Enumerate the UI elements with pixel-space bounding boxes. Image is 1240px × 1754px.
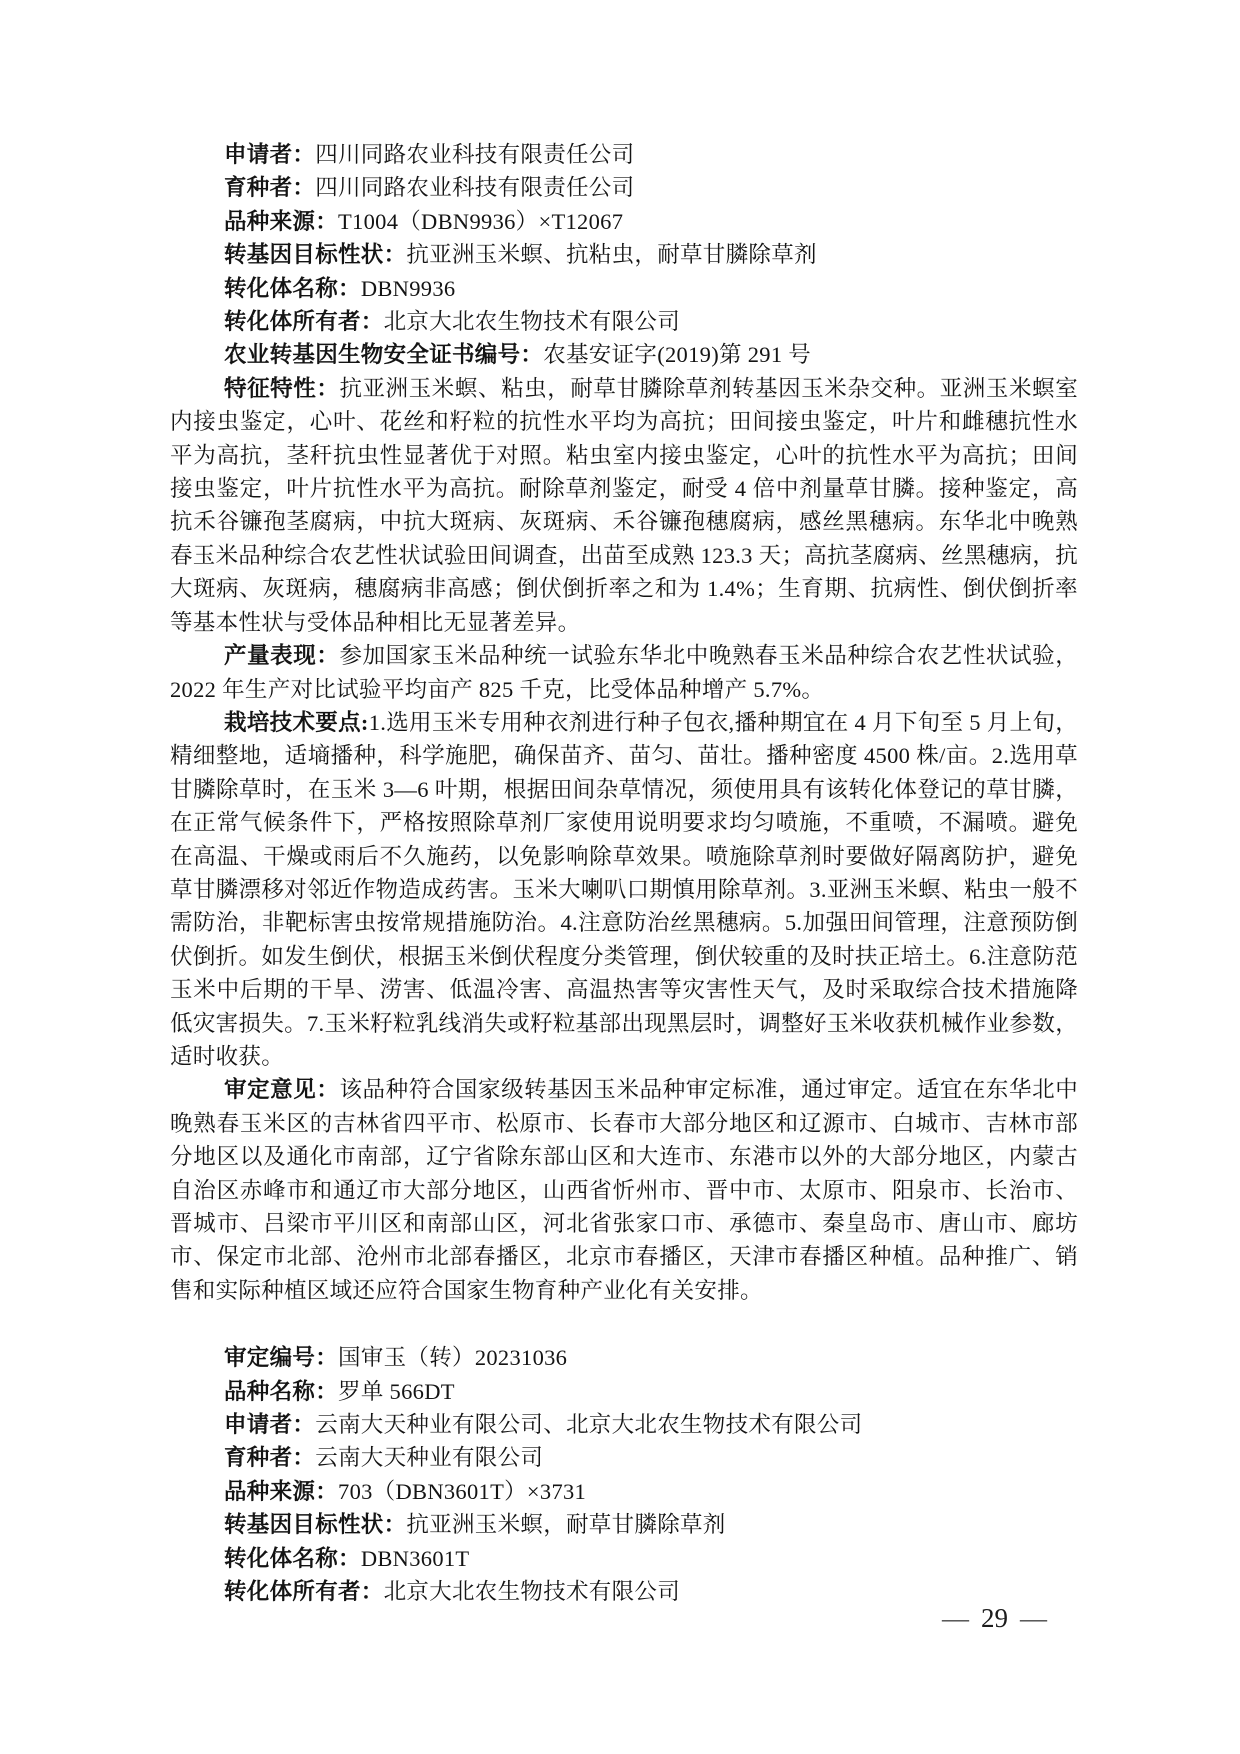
page-content: 申请者：四川同路农业科技有限责任公司 育种者：四川同路农业科技有限责任公司 品种… <box>170 138 1078 1608</box>
paragraph-cultivation-techniques: 栽培技术要点:1.选用玉米专用种衣剂进行种子包衣,播种期宜在 4 月下旬至 5 … <box>170 706 1078 1073</box>
field-value: 四川同路农业科技有限责任公司 <box>315 175 634 200</box>
field-value: 抗亚洲玉米螟，耐草甘膦除草剂 <box>406 1512 725 1537</box>
field-applicant: 申请者：四川同路农业科技有限责任公司 <box>170 138 1078 171</box>
field-value: T1004（DBN9936）×T12067 <box>338 209 623 234</box>
field-gm-target-traits: 转基因目标性状：抗亚洲玉米螟、抗粘虫，耐草甘膦除草剂 <box>170 238 1078 271</box>
field-value: 国审玉（转）20231036 <box>338 1345 567 1370</box>
field-value: DBN9936 <box>361 276 456 301</box>
field-breeder: 育种者：云南大天种业有限公司 <box>170 1441 1078 1474</box>
paragraph-label: 特征特性： <box>224 376 339 401</box>
field-label: 品种来源： <box>224 1479 338 1504</box>
field-label: 转基因目标性状： <box>224 242 406 267</box>
paragraph-label: 栽培技术要点: <box>224 710 369 735</box>
field-transformation-event-name: 转化体名称：DBN3601T <box>170 1542 1078 1575</box>
field-label: 品种来源： <box>224 209 338 234</box>
field-label: 转化体所有者： <box>224 1579 384 1604</box>
field-label: 申请者： <box>224 1412 315 1437</box>
field-value: 北京大北农生物技术有限公司 <box>384 309 680 334</box>
field-transformation-event-owner: 转化体所有者：北京大北农生物技术有限公司 <box>170 305 1078 338</box>
field-biosafety-certificate-number: 农业转基因生物安全证书编号：农基安证字(2019)第 291 号 <box>170 338 1078 371</box>
field-value: 云南大天种业有限公司 <box>315 1445 543 1470</box>
field-label: 育种者： <box>224 175 315 200</box>
paragraph-approval-opinion: 审定意见：该品种符合国家级转基因玉米品种审定标准，通过审定。适宜在东华北中晚熟春… <box>170 1073 1078 1307</box>
paragraph-yield-performance: 产量表现：参加国家玉米品种统一试验东华北中晚熟春玉米品种综合农艺性状试验，202… <box>170 639 1078 706</box>
paragraph-text: 该品种符合国家级转基因玉米品种审定标准，通过审定。适宜在东华北中晚熟春玉米区的吉… <box>170 1077 1078 1302</box>
field-label: 审定编号： <box>224 1345 338 1370</box>
field-label: 农业转基因生物安全证书编号： <box>224 342 543 367</box>
field-label: 育种者： <box>224 1445 315 1470</box>
field-value: DBN3601T <box>361 1546 470 1571</box>
field-label: 转化体名称： <box>224 1546 361 1571</box>
field-transformation-event-name: 转化体名称：DBN9936 <box>170 272 1078 305</box>
paragraph-label: 产量表现： <box>224 643 339 668</box>
page-number: 29 <box>981 1603 1008 1634</box>
field-gm-target-traits: 转基因目标性状：抗亚洲玉米螟，耐草甘膦除草剂 <box>170 1508 1078 1541</box>
field-variety-source: 品种来源：T1004（DBN9936）×T12067 <box>170 205 1078 238</box>
footer-dash-left: — <box>942 1603 969 1634</box>
field-value: 四川同路农业科技有限责任公司 <box>315 142 634 167</box>
field-breeder: 育种者：四川同路农业科技有限责任公司 <box>170 171 1078 204</box>
paragraph-text: 1.选用玉米专用种衣剂进行种子包衣,播种期宜在 4 月下旬至 5 月上旬，精细整… <box>170 710 1078 1069</box>
field-label: 申请者： <box>224 142 315 167</box>
footer-dash-right: — <box>1020 1603 1047 1634</box>
field-variety-source: 品种来源：703（DBN3601T）×3731 <box>170 1475 1078 1508</box>
field-variety-name: 品种名称：罗单 566DT <box>170 1375 1078 1408</box>
field-label: 转化体名称： <box>224 276 361 301</box>
variety-entry-2: 审定编号：国审玉（转）20231036 品种名称：罗单 566DT 申请者：云南… <box>170 1341 1078 1608</box>
field-applicant: 申请者：云南大天种业有限公司、北京大北农生物技术有限公司 <box>170 1408 1078 1441</box>
field-value: 703（DBN3601T）×3731 <box>338 1479 586 1504</box>
document-page: 申请者：四川同路农业科技有限责任公司 育种者：四川同路农业科技有限责任公司 品种… <box>0 0 1240 1754</box>
field-value: 农基安证字(2019)第 291 号 <box>543 342 811 367</box>
field-label: 品种名称： <box>224 1379 338 1404</box>
field-value: 北京大北农生物技术有限公司 <box>384 1579 680 1604</box>
field-label: 转化体所有者： <box>224 309 384 334</box>
field-label: 转基因目标性状： <box>224 1512 406 1537</box>
paragraph-text: 抗亚洲玉米螟、粘虫，耐草甘膦除草剂转基因玉米杂交种。亚洲玉米螟室内接虫鉴定，心叶… <box>170 376 1078 635</box>
field-value: 抗亚洲玉米螟、抗粘虫，耐草甘膦除草剂 <box>406 242 816 267</box>
variety-entry-1: 申请者：四川同路农业科技有限责任公司 育种者：四川同路农业科技有限责任公司 品种… <box>170 138 1078 1307</box>
paragraph-label: 审定意见： <box>224 1077 339 1102</box>
field-value: 云南大天种业有限公司、北京大北农生物技术有限公司 <box>315 1412 862 1437</box>
field-approval-number: 审定编号：国审玉（转）20231036 <box>170 1341 1078 1374</box>
field-value: 罗单 566DT <box>338 1379 455 1404</box>
paragraph-characteristics: 特征特性：抗亚洲玉米螟、粘虫，耐草甘膦除草剂转基因玉米杂交种。亚洲玉米螟室内接虫… <box>170 372 1078 639</box>
page-footer: —29— <box>942 1603 1047 1634</box>
